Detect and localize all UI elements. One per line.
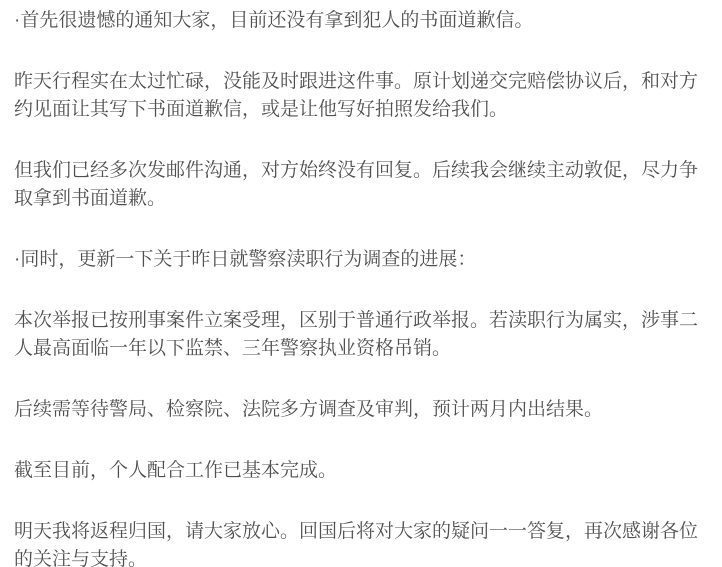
paragraph-investigation-update-heading: ·同时，更新一下关于昨日就警察渎职行为调查的进展： bbox=[14, 246, 710, 274]
text-document: ·首先很遗憾的通知大家，目前还没有拿到犯人的书面道歉信。 昨天行程实在太过忙碌，… bbox=[0, 0, 710, 567]
paragraph-yesterday-schedule: 昨天行程实在太过忙碌，没能及时跟进这件事。原计划递交完赔偿协议后，和对方约见面让… bbox=[14, 68, 710, 124]
paragraph-return-home-thanks: 明天我将返程归国，请大家放心。回国后将对大家的疑问一一答复，再次感谢各位的关注与… bbox=[14, 518, 710, 567]
paragraph-expected-timeline: 后续需等待警局、检察院、法院多方调查及审判，预计两月内出结果。 bbox=[14, 396, 710, 424]
paragraph-cooperation-done: 截至目前，个人配合工作已基本完成。 bbox=[14, 457, 710, 485]
paragraph-apology-status: ·首先很遗憾的通知大家，目前还没有拿到犯人的书面道歉信。 bbox=[14, 7, 710, 35]
paragraph-email-followup: 但我们已经多次发邮件沟通，对方始终没有回复。后续我会继续主动敦促，尽力争取拿到书… bbox=[14, 157, 710, 213]
paragraph-criminal-case-details: 本次举报已按刑事案件立案受理，区别于普通行政举报。若渎职行为属实，涉事二人最高面… bbox=[14, 307, 710, 363]
